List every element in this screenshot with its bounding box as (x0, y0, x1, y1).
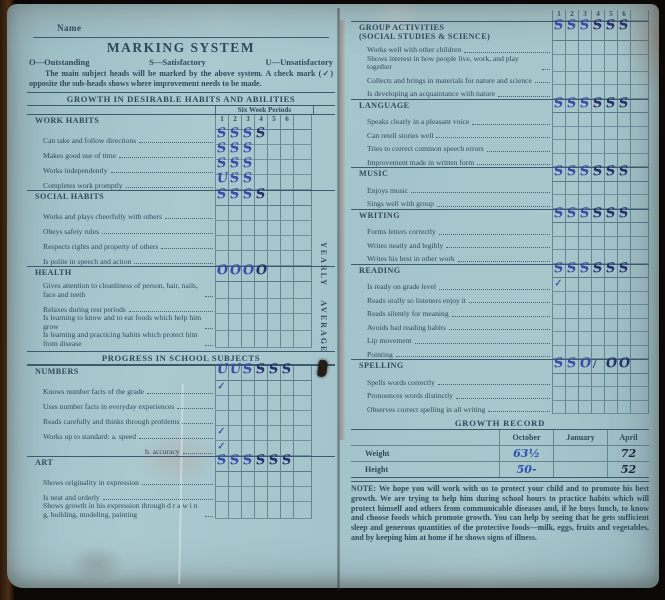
handwritten-mark: S (566, 205, 577, 221)
row-label: Works independently (43, 167, 108, 176)
handwritten-mark: S (281, 362, 292, 378)
dotted-leader (183, 453, 213, 454)
period-number: 4 (592, 10, 604, 18)
grid-cell (630, 265, 649, 279)
item-row: Spells words correctly (351, 374, 649, 388)
handwritten-mark: O (255, 262, 268, 278)
dotted-leader (415, 343, 551, 344)
grid-cell (604, 387, 617, 401)
row-label: Writes his best in other work (367, 255, 455, 264)
item-row: Shows originality in expression (27, 472, 335, 487)
handwritten-mark: O (605, 356, 618, 372)
grid-cell: S (565, 210, 578, 224)
row-label: Is ready on grade level (367, 283, 436, 292)
item-row: Is polite in speech and action (27, 251, 335, 266)
period-number: 2 (229, 115, 241, 123)
item-row: Uses number facts in everyday experience… (27, 396, 335, 411)
grid-cell (591, 41, 604, 55)
grid-cell: O (254, 267, 267, 282)
grid-cell (228, 411, 241, 426)
grid-cell (228, 396, 241, 411)
item-row: Collects and brings in materials for nat… (351, 72, 649, 86)
grid-cell (565, 72, 578, 86)
grid-cell (617, 223, 630, 237)
grid-cell (591, 140, 604, 154)
grid-cell (280, 299, 293, 314)
row-label: Reads silently for meaning (367, 310, 449, 319)
grid-cell (630, 100, 649, 114)
item-row: Avoids bad reading habits (351, 319, 649, 333)
grid-cell (630, 332, 649, 346)
grid-cell: U (228, 366, 241, 381)
row-label: Observes correct spelling in all writing (367, 406, 485, 415)
handwritten-mark: S (268, 362, 279, 378)
grid-cell (552, 292, 565, 306)
grid-cell (630, 210, 649, 224)
item-row: Respects rights and property of others (27, 236, 335, 251)
grid-cell (215, 396, 228, 411)
grid-cell (280, 502, 293, 519)
dotted-leader (472, 124, 550, 125)
grid-cell (604, 41, 617, 55)
grid-cell (228, 314, 241, 331)
grid-cell (617, 332, 630, 346)
grid-cell (215, 299, 228, 314)
dotted-leader (103, 499, 213, 500)
dotted-leader (411, 192, 550, 193)
dotted-leader (488, 411, 550, 412)
habits-table: WORK HABITS123456Can take and follow dir… (27, 114, 335, 348)
grid-cell: S (280, 457, 293, 472)
grid-cell (578, 182, 591, 196)
grid-cell: S (578, 168, 591, 182)
grid-cell (552, 41, 565, 55)
page-title: MARKING SYSTEM (27, 40, 335, 56)
grid-cell (617, 319, 630, 333)
grid-cell (604, 72, 617, 86)
grid-cell (293, 411, 312, 426)
handwritten-mark: ✓ (216, 441, 225, 452)
height-april-value: 52 (621, 463, 636, 476)
handwritten-mark: ✓ (216, 381, 225, 392)
grid-cell (293, 191, 312, 206)
handwritten-mark: S (553, 95, 564, 111)
grid-cell (280, 267, 293, 282)
row-label: Shows originality in expression (43, 479, 139, 488)
grid-cell (267, 396, 280, 411)
grid-cell (293, 130, 312, 145)
handwritten-mark: S (566, 356, 577, 372)
grid-cell (215, 206, 228, 221)
grid-cell: S (565, 265, 578, 279)
row-label: Pronounces words distinctly (367, 392, 453, 401)
grid-cell (280, 191, 293, 206)
handwritten-mark: S (229, 126, 240, 142)
grid-cell (591, 332, 604, 346)
grid-cell: S (591, 168, 604, 182)
group-row: HEALTHOOOO (27, 266, 335, 282)
grid-cell: S (254, 191, 267, 206)
grid-cell: S (617, 210, 630, 224)
grid-cell: S (565, 22, 578, 41)
col-october: October (499, 430, 553, 445)
grid-cell: S (604, 168, 617, 182)
row-label: b. accuracy (145, 448, 180, 457)
grid-cell (591, 55, 604, 72)
handwritten-mark: S (242, 141, 253, 157)
grid-cell (630, 22, 649, 41)
group-row: NUMBERSUUSSSS (27, 365, 335, 381)
handwritten-mark: S (553, 260, 564, 276)
key-outstanding: O—Outstanding (29, 57, 89, 67)
grid-cell (552, 401, 565, 415)
row-label: Works and plays cheerfully with others (43, 213, 162, 222)
grid-cell (280, 411, 293, 426)
grid-cell (293, 267, 312, 282)
item-row: Gives attention to cleanliness of person… (27, 282, 335, 299)
row-label: Is learning and practicing habits which … (43, 331, 202, 348)
grid-cell (267, 426, 280, 441)
period-number: 4 (255, 115, 267, 123)
grid-cell: S (241, 457, 254, 472)
handwritten-mark: S (605, 164, 616, 180)
height-row: Height 50- 52 (351, 462, 649, 477)
grid-cell (617, 182, 630, 196)
period-number: 2 (566, 10, 578, 18)
grid-cell (241, 381, 254, 396)
grid-cell (617, 140, 630, 154)
grid-cell: S (617, 265, 630, 279)
row-label: GROUP ACTIVITIES (SOCIAL STUDIES & SCIEN… (359, 23, 490, 41)
handwritten-mark: S (553, 356, 564, 372)
grid-cell: S (565, 100, 578, 114)
dotted-leader (205, 345, 213, 346)
handwritten-mark: S (229, 453, 240, 469)
grid-cell (604, 182, 617, 196)
grid-cell (552, 72, 565, 86)
handwritten-mark: S (579, 260, 590, 276)
dotted-leader (446, 247, 550, 248)
grid-cell (617, 374, 630, 388)
row-label: Is developing an acquaintance with natur… (367, 90, 495, 99)
grid-cell: S (552, 265, 565, 279)
handwritten-mark: S (216, 141, 227, 157)
grid-cell (578, 127, 591, 141)
grid-cell (565, 401, 578, 415)
grid-cell (280, 314, 293, 331)
grid-cell (293, 299, 312, 314)
grid-cell (630, 319, 649, 333)
grid-cell (578, 55, 591, 72)
grid-cell (293, 457, 312, 472)
grid-cell: S (241, 191, 254, 206)
grid-cell: S (552, 210, 565, 224)
handwritten-mark: S (255, 453, 266, 469)
grid-cell (293, 487, 312, 502)
grid-cell (267, 381, 280, 396)
grid-cell (254, 299, 267, 314)
handwritten-mark: U (229, 361, 242, 377)
row-label: Is learning to know and to eat foods whi… (43, 314, 202, 331)
row-label: Spells words correctly (367, 379, 435, 388)
grid-cell (254, 381, 267, 396)
handwritten-mark: S (255, 362, 266, 378)
grid-cell: O (617, 360, 630, 374)
handwritten-mark: O (229, 262, 242, 278)
dotted-leader (396, 356, 550, 357)
grid-cell (267, 314, 280, 331)
handwritten-mark: S (579, 164, 590, 180)
grid-cell: S (604, 22, 617, 41)
item-row: Works independentlySSS (27, 160, 335, 175)
habits-section-header: GROWTH IN DESIRABLE HABITS AND ABILITIES (27, 92, 335, 106)
handwritten-mark: / (592, 360, 596, 370)
handwritten-mark: S (618, 95, 629, 111)
grid-cell: S (604, 265, 617, 279)
dotted-leader (439, 289, 550, 290)
grid-cell (280, 236, 293, 251)
grid-cell (552, 113, 565, 127)
item-row: Knows number facts of the grade✓ (27, 381, 335, 396)
row-label: Shows interest in how people live, work,… (367, 55, 539, 72)
handwritten-mark: ✓ (216, 426, 225, 437)
grid-cell (215, 314, 228, 331)
grid-cell (591, 374, 604, 388)
grid-cell (293, 441, 312, 456)
grid-cell (552, 237, 565, 251)
grid-cell (565, 319, 578, 333)
item-row: Speaks clearly in a pleasant voice (351, 113, 649, 127)
grid-cell (293, 221, 312, 236)
grid-cell (241, 206, 254, 221)
grid-cell: S (617, 22, 630, 41)
grid-cell: S (254, 366, 267, 381)
grid-cell (578, 113, 591, 127)
group-row: SPELLINGSSO/OO (351, 359, 649, 374)
grid-cell (591, 182, 604, 196)
handwritten-mark: S (229, 141, 240, 157)
grid-cell (267, 411, 280, 426)
grid-cell (591, 113, 604, 127)
item-row: Works up to standard: a. speed✓ (27, 426, 335, 441)
grid-cell (630, 10, 649, 21)
grid-cell (591, 237, 604, 251)
grid-cell (228, 472, 241, 487)
dotted-leader (142, 484, 213, 485)
grid-cell (591, 223, 604, 237)
period-number: 6 (618, 10, 630, 18)
group-row: WORK HABITS123456 (27, 114, 335, 130)
row-label: Can retell stories well (367, 132, 433, 141)
grid-cell (228, 331, 241, 348)
grid-cell (293, 206, 312, 221)
item-row: Reads orally so listeners enjoy it (351, 292, 649, 306)
row-label: Gives attention to cleanliness of person… (43, 282, 202, 299)
item-row: Works well with other children (351, 41, 649, 55)
growth-record-header-row: October January April (351, 430, 649, 446)
growth-record: GROWTH RECORD October January April Weig… (351, 418, 649, 478)
grid-cell (280, 130, 293, 145)
dotted-leader (436, 137, 550, 138)
grid-cell (630, 55, 649, 72)
handwritten-mark: O (242, 262, 255, 278)
grid-cell (591, 278, 604, 292)
grid-cell (604, 292, 617, 306)
dotted-leader (438, 384, 550, 385)
grid-cell: S (254, 457, 267, 472)
grid-cell (630, 85, 649, 99)
dotted-leader (147, 393, 213, 394)
item-row: Shows interest in how people live, work,… (351, 55, 649, 72)
item-row: Reads carefully and thinks through probl… (27, 411, 335, 426)
grid-cell (228, 236, 241, 251)
dotted-leader (498, 96, 550, 97)
dotted-leader (477, 164, 550, 165)
handwritten-mark: S (618, 18, 629, 34)
grid-cell: S (578, 22, 591, 41)
dotted-leader (102, 233, 213, 234)
grid-cell (293, 115, 312, 130)
dotted-leader (449, 329, 550, 330)
grid-cell: S (578, 265, 591, 279)
grid-cell (267, 472, 280, 487)
grid-cell (293, 396, 312, 411)
grid-cell (228, 299, 241, 314)
grid-cell (630, 140, 649, 154)
dotted-leader (535, 82, 550, 83)
handwritten-mark: S (553, 164, 564, 180)
grid-cell (228, 206, 241, 221)
grid-cell (228, 221, 241, 236)
grid-cell (630, 168, 649, 182)
handwritten-mark: S (242, 171, 253, 187)
item-row: Obeys safety rules (27, 221, 335, 236)
grid-cell (617, 72, 630, 86)
grid-cell (267, 487, 280, 502)
grid-cell (254, 331, 267, 348)
handwritten-mark: S (618, 205, 629, 221)
item-row: Makes good use of timeSSS (27, 145, 335, 160)
grid-cell (565, 237, 578, 251)
grid-cell (604, 223, 617, 237)
grid-cell (254, 502, 267, 519)
grid-cell (565, 55, 578, 72)
handwritten-mark: S (566, 18, 577, 34)
grid-cell (578, 374, 591, 388)
grid-cell (578, 223, 591, 237)
period-number: 6 (281, 115, 293, 123)
grid-cell: S (578, 210, 591, 224)
handwritten-mark: S (566, 95, 577, 111)
grid-cell: S (215, 191, 228, 206)
dotted-leader (437, 206, 550, 207)
grid-cell: S (254, 130, 267, 145)
handwritten-mark: ✓ (553, 279, 562, 290)
group-row: ARTSSSSSS (27, 456, 335, 472)
grid-cell (552, 223, 565, 237)
grid-cell (617, 387, 630, 401)
grid-cell (280, 251, 293, 266)
grid-cell (591, 127, 604, 141)
handwritten-mark: O (618, 356, 631, 372)
handwritten-mark: S (592, 260, 603, 276)
weight-october-value: 63½ (513, 447, 540, 460)
grid-cell (280, 487, 293, 502)
item-row: Shows growth in his expression through d… (27, 502, 335, 519)
grid-cell (552, 319, 565, 333)
handwritten-mark: S (579, 18, 590, 34)
dotted-leader (111, 172, 213, 173)
grid-cell (604, 55, 617, 72)
row-label: Avoids bad reading habits (367, 324, 446, 333)
weight-april-value: 72 (621, 447, 636, 460)
grid-cell (591, 387, 604, 401)
grid-cell: S (591, 210, 604, 224)
group-row: SOCIAL HABITSSSSS (27, 190, 335, 206)
grid-cell: S (565, 360, 578, 374)
grid-cell (578, 401, 591, 415)
row-label: Works up to standard: a. speed (43, 433, 136, 442)
grid-cell (293, 366, 312, 381)
handwritten-mark: S (592, 205, 603, 221)
grid-cell (228, 502, 241, 519)
handwritten-mark: S (618, 164, 629, 180)
handwritten-mark: S (605, 95, 616, 111)
row-label: SOCIAL HABITS (35, 192, 104, 201)
period-number: 1 (553, 10, 565, 18)
handwritten-mark: S (605, 260, 616, 276)
grid-cell (630, 182, 649, 196)
group-row: GROUP ACTIVITIES (SOCIAL STUDIES & SCIEN… (351, 21, 649, 41)
grid-cell (565, 374, 578, 388)
period-number: 3 (242, 115, 254, 123)
grid-cell (565, 332, 578, 346)
row-label: Completes work promptly (43, 182, 123, 191)
grid-cell (617, 41, 630, 55)
dotted-leader (205, 516, 213, 517)
grid-cell (254, 145, 267, 160)
handwritten-mark: S (216, 453, 227, 469)
grid-cell (293, 502, 312, 519)
item-row: Is ready on grade level✓ (351, 278, 649, 292)
grid-cell (630, 223, 649, 237)
grid-cell (617, 237, 630, 251)
grid-cell: ✓ (215, 426, 228, 441)
grid-cell (578, 305, 591, 319)
grid-cell (552, 305, 565, 319)
grid-cell (254, 472, 267, 487)
grid-cell (552, 332, 565, 346)
grid-cell (280, 160, 293, 175)
name-line: Name (33, 22, 329, 38)
grid-cell (267, 191, 280, 206)
grid-cell: 6 (280, 115, 293, 130)
row-label: WRITING (359, 211, 400, 220)
grid-cell (280, 396, 293, 411)
dotted-leader (456, 398, 550, 399)
grid-cell (241, 472, 254, 487)
grid-cell: S (552, 22, 565, 41)
row-label: Makes good use of time (43, 152, 116, 161)
row-label: Obeys safety rules (43, 228, 99, 237)
period-number: 3 (579, 10, 591, 18)
grid-cell (630, 360, 649, 374)
grid-cell (254, 160, 267, 175)
grid-cell (254, 236, 267, 251)
row-label: Tries to correct common speech errors (367, 145, 484, 154)
row-label: Reads carefully and thinks through probl… (43, 418, 179, 427)
yearly-average-label: YEARLY AVERAGE (319, 242, 328, 353)
